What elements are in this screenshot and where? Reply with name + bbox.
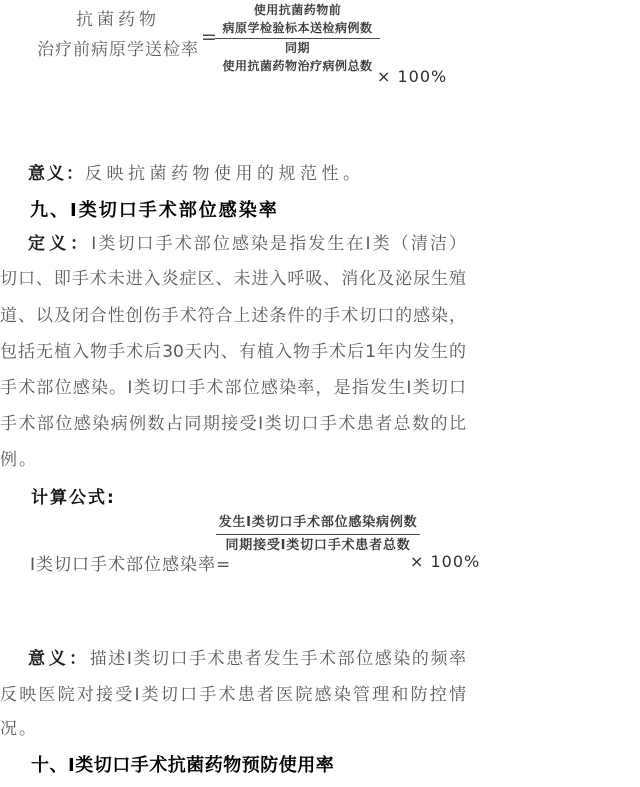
- section9-heading: 九、I类切口手术部位感染率: [30, 196, 279, 222]
- formula1-numerator: 使用抗菌药物前 病原学检验标本送检病例数: [215, 1, 380, 39]
- formula-antimicrobial-pathogen-test-rate: 抗菌药物 治疗前病原学送检率 = 使用抗菌药物前 病原学检验标本送检病例数 同期…: [0, 0, 640, 95]
- definition-line1-text: I类切口手术部位感染是指发生在Ⅰ类（清洁）: [91, 234, 466, 254]
- formula1-lhs-line1: 抗菌药物: [30, 5, 206, 35]
- formula2-lhs: I类切口手术部位感染率=: [30, 550, 231, 575]
- formula1-lhs: 抗菌药物 治疗前病原学送检率: [30, 5, 206, 65]
- definition-line2: 切口、即手术未进入炎症区、未进入呼吸、消化及泌尿生殖: [0, 270, 466, 289]
- definition-line7: 例。: [0, 451, 38, 470]
- formula-class1-incision-ssi-rate: I类切口手术部位感染率= 发生I类切口手术部位感染病例数 同期接受I类切口手术患…: [0, 505, 640, 580]
- meaning1-text: 反映抗菌药物使用的规范性。: [85, 164, 365, 184]
- formula1-denominator-line1: 同期: [215, 39, 380, 57]
- formula2-numerator: 发生I类切口手术部位感染病例数: [216, 512, 420, 535]
- formula2-fraction: 发生I类切口手术部位感染病例数 同期接受I类切口手术患者总数: [216, 512, 420, 556]
- section10-heading: 十、I类切口手术抗菌药物预防使用率: [31, 751, 334, 777]
- definition-line4: 包括无植入物手术后30天内、有植入物手术后1年内发生的: [0, 343, 466, 362]
- formula1-numerator-line2: 病原学检验标本送检病例数: [215, 19, 380, 37]
- meaning1-line: 意义：反映抗菌药物使用的规范性。: [0, 165, 365, 184]
- formula1-lhs-line2: 治疗前病原学送检率: [30, 35, 206, 65]
- definition-line6: 手术部位感染病例数占同期接受I类切口手术患者总数的比: [0, 415, 466, 434]
- meaning1-label: 意义：: [28, 164, 85, 184]
- document-page: 抗菌药物 治疗前病原学送检率 = 使用抗菌药物前 病原学检验标本送检病例数 同期…: [0, 0, 640, 787]
- meaning2-line2: 反映医院对接受Ⅰ类切口手术患者医院感染管理和防控情: [0, 686, 466, 705]
- meaning2-line1: 意义：描述Ⅰ类切口手术患者发生手术部位感染的频率: [0, 650, 466, 669]
- formula2-multiplier: × 100%: [410, 552, 480, 571]
- meaning2-label: 意义：: [28, 649, 90, 669]
- formula2-denominator: 同期接受I类切口手术患者总数: [216, 535, 420, 556]
- formula1-denominator-line2: 使用抗菌药物治疗病例总数: [215, 57, 380, 75]
- formula1-multiplier: × 100%: [377, 67, 447, 86]
- meaning2-line3: 况。: [0, 720, 38, 739]
- definition-line1: 定义：I类切口手术部位感染是指发生在Ⅰ类（清洁）: [0, 235, 466, 254]
- definition-line3: 道、以及闭合性创伤手术符合上述条件的手术切口的感染，: [0, 307, 466, 326]
- formula1-numerator-line1: 使用抗菌药物前: [215, 1, 380, 19]
- definition-line5: 手术部位感染。I类切口手术部位感染率，是指发生I类切口: [0, 379, 466, 398]
- definition-label: 定义：: [28, 234, 91, 254]
- meaning2-line1-text: 描述Ⅰ类切口手术患者发生手术部位感染的频率: [90, 649, 466, 669]
- formula1-denominator: 同期 使用抗菌药物治疗病例总数: [215, 39, 380, 75]
- formula1-fraction: 使用抗菌药物前 病原学检验标本送检病例数 同期 使用抗菌药物治疗病例总数: [215, 1, 380, 75]
